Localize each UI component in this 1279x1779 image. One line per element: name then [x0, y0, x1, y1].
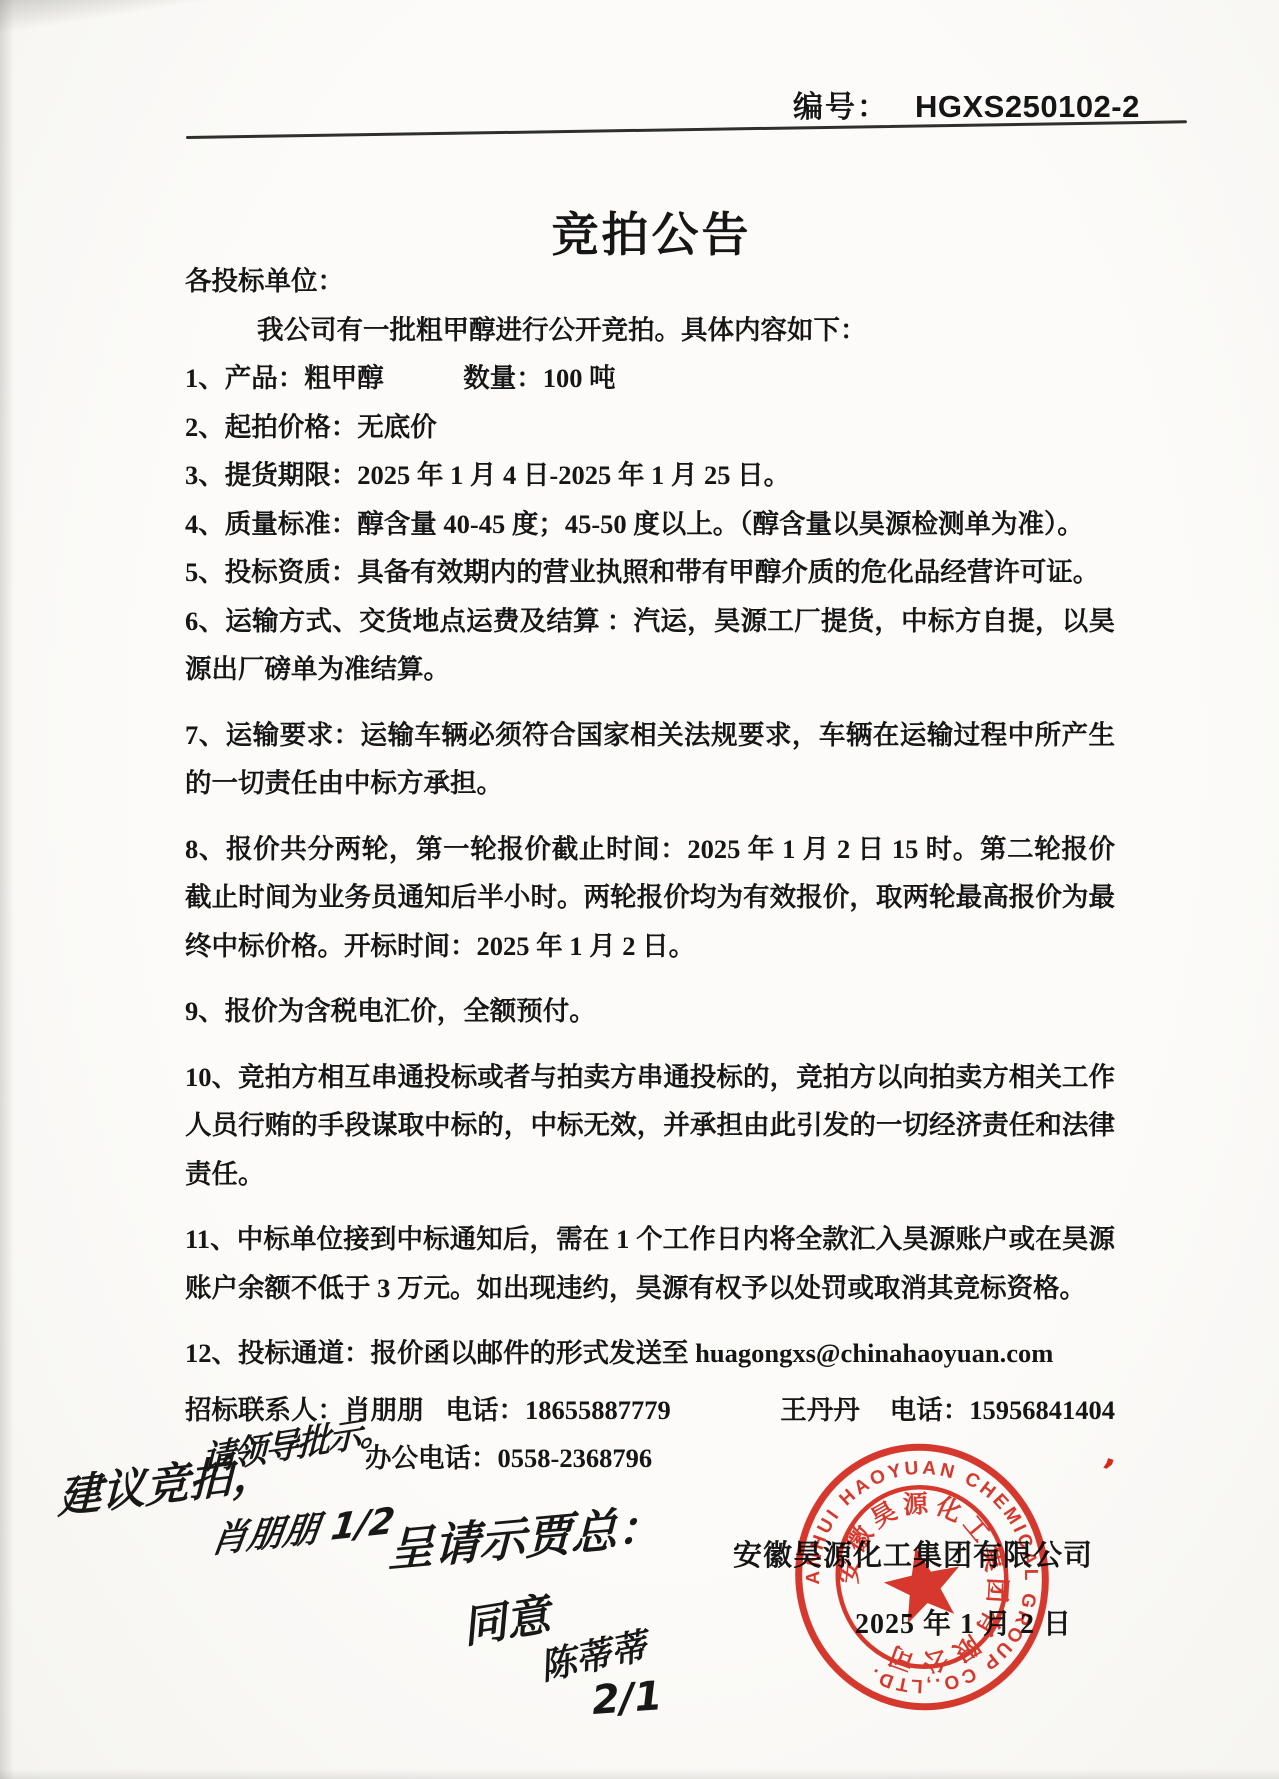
auction-item: 6、运输方式、交货地点运费及结算 ：汽运，昊源工厂提货，中标方自提，以昊源出厂磅… [185, 597, 1115, 694]
scan-edge-shadow-bottom [0, 1769, 1279, 1779]
auction-item: 11、中标单位接到中标通知后，需在 1 个工作日内将全款汇入昊源账户或在昊源账户… [185, 1215, 1115, 1312]
intro-paragraph: 我公司有一批粗甲醇进行公开竞拍。具体内容如下： [185, 306, 1115, 355]
auction-item: 4、质量标准：醇含量 40-45 度；45-50 度以上。（醇含量以昊源检测单为… [185, 500, 1115, 549]
scanned-document-page: 编号： HGXS250102-2 竞拍公告 各投标单位： 我公司有一批粗甲醇进行… [0, 0, 1279, 1779]
scan-edge-shadow-left [0, 0, 14, 1779]
auction-item: 3、提货期限：2025 年 1 月 4 日-2025 年 1 月 25 日。 [185, 451, 1115, 500]
reference-number-label: 编号： [793, 82, 889, 126]
auction-item: 8、报价共分两轮，第一轮报价截止时间：2025 年 1 月 2 日 15 时。第… [185, 825, 1115, 971]
document-body: 各投标单位： 我公司有一批粗甲醇进行公开竞拍。具体内容如下： 1、产品：粗甲醇 … [185, 257, 1115, 1483]
handwritten-signature-2-date: 2/1 [590, 1673, 663, 1724]
star-icon [878, 1539, 968, 1627]
company-seal-stamp: ANHUI HAOYUAN CHEMICAL GROUP CO.,LTD. 安徽… [782, 1429, 1062, 1721]
tender-contact-phone: 电话：18655887779 [446, 1386, 671, 1435]
header-rule-line [186, 120, 1187, 139]
scan-corner-artifact [0, 0, 211, 39]
handwritten-request-note: 呈请示贾总： [387, 1490, 663, 1580]
auction-item: 7、运输要求：运输车辆必须符合国家相关法规要求，车辆在运输过程中所产生的一切责任… [185, 711, 1115, 808]
second-contact-name: 王丹丹 [780, 1386, 868, 1435]
document-title: 竞拍公告 [12, 198, 1279, 265]
reference-number-value: HGXS250102-2 [915, 89, 1140, 125]
second-contact-phone: 电话：15956841404 [890, 1386, 1115, 1435]
salutation: 各投标单位： [185, 257, 1115, 306]
reference-number-row: 编号： HGXS250102-2 [793, 82, 1140, 126]
auction-item: 9、报价为含税电汇价，全额预付。 [185, 987, 1115, 1036]
auction-item: 12、投标通道：报价函以邮件的形式发送至 huagongxs@chinahaoy… [185, 1329, 1115, 1378]
auction-item: 2、起拍价格：无底价 [185, 403, 1115, 452]
auction-item: 5、投标资质：具备有效期内的营业执照和带有甲醇介质的危化品经营许可证。 [185, 548, 1115, 597]
auction-item: 10、竞拍方相互串通投标或者与拍卖方串通投标的，竞拍方以向拍卖方相关工作人员行贿… [185, 1053, 1115, 1199]
auction-item: 1、产品：粗甲醇 数量：100 吨 [185, 354, 1115, 403]
